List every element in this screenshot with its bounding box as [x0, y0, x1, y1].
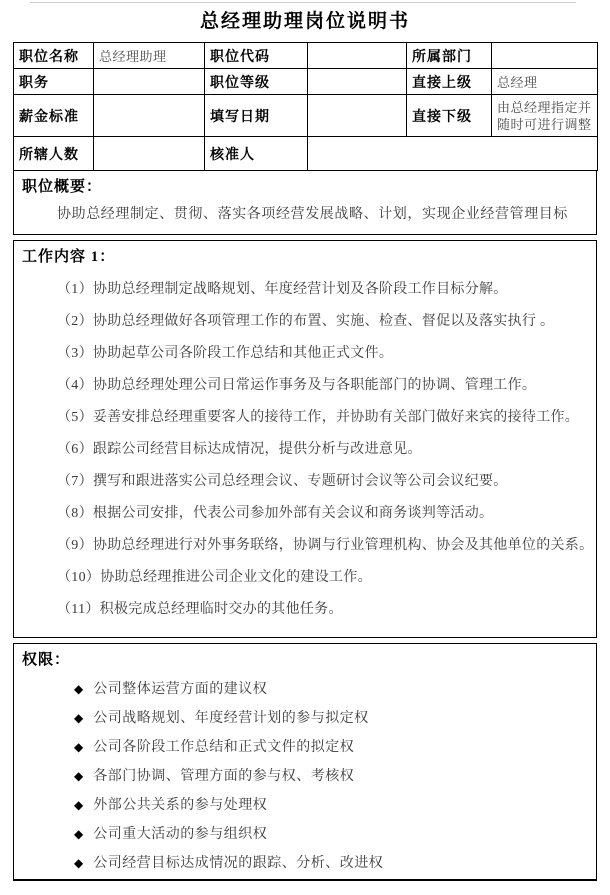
- authority-heading: 权限：: [22, 650, 588, 671]
- field-value-subordinate-count: [94, 137, 205, 171]
- diamond-bullet-icon: ◆: [74, 738, 83, 757]
- authority-item: ◆ 各部门协调、管理方面的参与权、考核权: [22, 767, 588, 786]
- field-label-fill-date: 填写日期: [205, 95, 308, 137]
- field-value-salary-standard: [94, 95, 205, 137]
- field-value-direct-subordinate: 由总经理指定并随时可进行调整: [492, 95, 598, 137]
- authority-item: ◆ 外部公共关系的参与处理权: [22, 796, 588, 815]
- field-label-duty: 职务: [14, 69, 94, 95]
- duty-item: （7）撰写和跟进落实公司总经理会议、专题研讨会议等公司会议纪要。: [22, 472, 588, 492]
- duty-item: （5）妥善安排总经理重要客人的接待工作，并协助有关部门做好来宾的接待工作。: [22, 408, 588, 428]
- authority-item: ◆ 公司各阶段工作总结和正式文件的拟定权: [22, 738, 588, 757]
- work-content-heading: 工作内容 1：: [22, 247, 588, 268]
- scan-artifact-line: [30, 2, 576, 3]
- authority-item-text: 公司整体运营方面的建议权: [93, 680, 267, 699]
- field-value-position-name: 总经理助理: [94, 43, 205, 69]
- field-value-approver: [308, 137, 598, 171]
- table-row: 所辖人数 核准人: [14, 137, 598, 171]
- authority-item: ◆ 公司重大活动的参与组织权: [22, 825, 588, 844]
- field-label-position-name: 职位名称: [14, 43, 94, 69]
- field-label-department: 所属部门: [407, 43, 492, 69]
- field-label-position-grade: 职位等级: [205, 69, 308, 95]
- authority-item-text: 公司重大活动的参与组织权: [93, 825, 267, 844]
- authority-item: ◆ 公司经营目标达成情况的跟踪、分析、改进权: [22, 854, 588, 873]
- field-label-position-code: 职位代码: [205, 43, 308, 69]
- diamond-bullet-icon: ◆: [74, 709, 83, 728]
- field-value-duty: [94, 69, 205, 95]
- field-label-subordinate-count: 所辖人数: [14, 137, 94, 171]
- duty-item: （1）协助总经理制定战略规划、年度经营计划及各阶段工作目标分解。: [22, 280, 588, 300]
- table-row: 职位名称 总经理助理 职位代码 所属部门: [14, 43, 598, 69]
- authority-item-text: 公司战略规划、年度经营计划的参与拟定权: [93, 709, 369, 728]
- duty-item: （3）协助起草公司各阶段工作总结和其他正式文件。: [22, 344, 588, 364]
- authority-item: ◆ 公司整体运营方面的建议权: [22, 680, 588, 699]
- field-value-direct-superior: 总经理: [492, 69, 598, 95]
- page-title: 总经理助理岗位说明书: [13, 9, 597, 35]
- duty-item: （8）根据公司安排，代表公司参加外部有关会议和商务谈判等活动。: [22, 504, 588, 524]
- duty-item: （11）积极完成总经理临时交办的其他任务。: [22, 600, 588, 620]
- field-value-department: [492, 43, 598, 69]
- table-row: 职务 职位等级 直接上级 总经理: [14, 69, 598, 95]
- table-row: 薪金标准 填写日期 直接下级 由总经理指定并随时可进行调整: [14, 95, 598, 137]
- authority-item-text: 各部门协调、管理方面的参与权、考核权: [93, 767, 354, 786]
- job-summary-section: 职位概要： 协助总经理制定、贯彻、落实各项经营发展战略、计划，实现企业经营管理目…: [13, 170, 597, 235]
- diamond-bullet-icon: ◆: [74, 825, 83, 844]
- diamond-bullet-icon: ◆: [74, 796, 83, 815]
- field-value-position-code: [308, 43, 407, 69]
- diamond-bullet-icon: ◆: [74, 767, 83, 786]
- duty-item: （2）协助总经理做好各项管理工作的布置、实施、检查、督促以及落实执行 。: [22, 312, 588, 332]
- duty-item: （10）协助总经理推进公司企业文化的建设工作。: [22, 568, 588, 588]
- work-content-section: 工作内容 1： （1）协助总经理制定战略规划、年度经营计划及各阶段工作目标分解。…: [13, 240, 597, 638]
- field-value-position-grade: [308, 69, 407, 95]
- duty-item: （4）协助总经理处理公司日常运作事务及与各职能部门的协调、管理工作。: [22, 376, 588, 396]
- field-label-approver: 核准人: [205, 137, 308, 171]
- field-label-direct-subordinate: 直接下级: [407, 95, 492, 137]
- authority-item-text: 公司经营目标达成情况的跟踪、分析、改进权: [93, 854, 383, 873]
- field-value-fill-date: [308, 95, 407, 137]
- authority-item-text: 公司各阶段工作总结和正式文件的拟定权: [93, 738, 354, 757]
- job-summary-heading: 职位概要：: [22, 177, 588, 198]
- duty-item: （6）跟踪公司经营目标达成情况，提供分析与改进意见。: [22, 440, 588, 460]
- diamond-bullet-icon: ◆: [74, 854, 83, 873]
- job-info-table: 职位名称 总经理助理 职位代码 所属部门 职务 职位等级 直接上级 总经理 薪金…: [13, 42, 598, 171]
- authority-item-text: 外部公共关系的参与处理权: [93, 796, 267, 815]
- field-label-direct-superior: 直接上级: [407, 69, 492, 95]
- duty-item: （9）协助总经理进行对外事务联络，协调与行业管理机构、协会及其他单位的关系。: [22, 536, 588, 556]
- authority-item: ◆ 公司战略规划、年度经营计划的参与拟定权: [22, 709, 588, 728]
- job-summary-text: 协助总经理制定、贯彻、落实各项经营发展战略、计划，实现企业经营管理目标: [22, 205, 588, 224]
- authority-list: ◆ 公司整体运营方面的建议权 ◆ 公司战略规划、年度经营计划的参与拟定权 ◆ 公…: [22, 680, 588, 873]
- diamond-bullet-icon: ◆: [74, 680, 83, 699]
- authority-section: 权限： ◆ 公司整体运营方面的建议权 ◆ 公司战略规划、年度经营计划的参与拟定权…: [13, 643, 597, 881]
- job-description-page: 总经理助理岗位说明书 职位名称 总经理助理 职位代码 所属部门 职务 职位等级 …: [0, 0, 610, 881]
- field-label-salary-standard: 薪金标准: [14, 95, 94, 137]
- duty-list: （1）协助总经理制定战略规划、年度经营计划及各阶段工作目标分解。（2）协助总经理…: [22, 280, 588, 620]
